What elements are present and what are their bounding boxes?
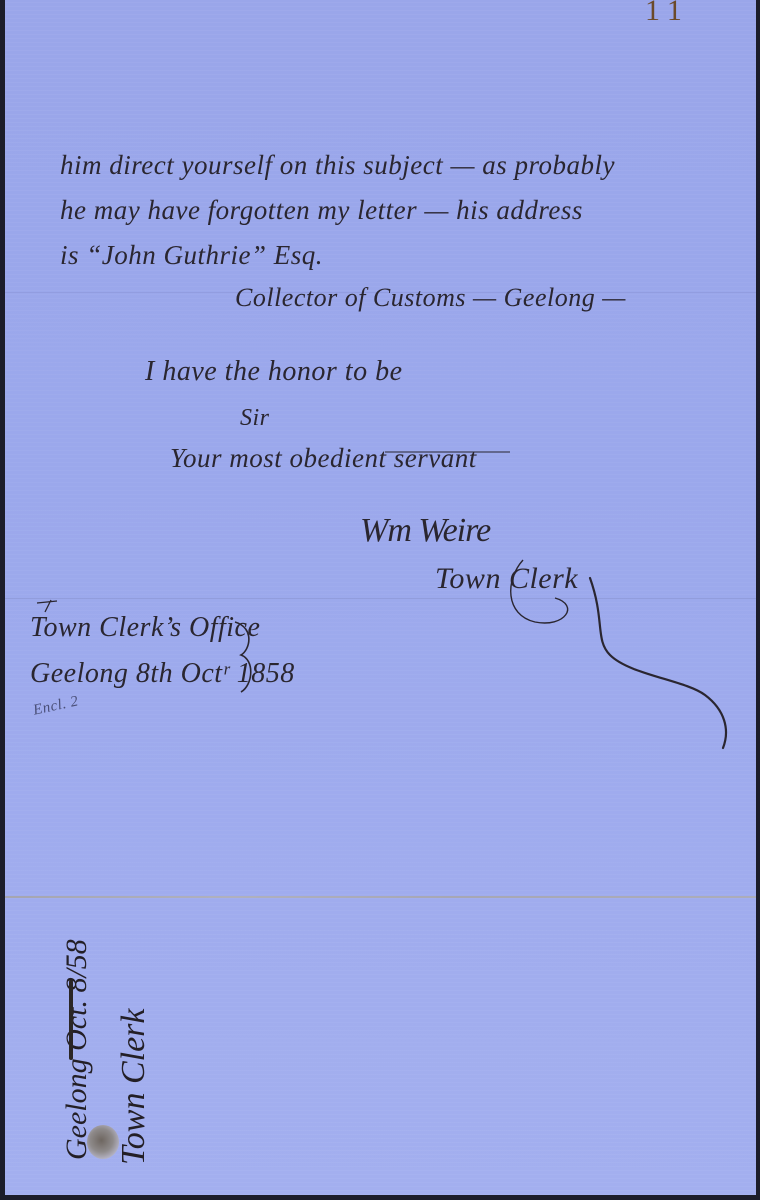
fold-crease-lower — [5, 896, 756, 898]
enclosure-annotation: Encl. 2 — [32, 693, 81, 719]
body-line-1: him direct yourself on this subject — as… — [60, 150, 615, 181]
body-line-4: Collector of Customs — Geelong — — [235, 283, 626, 313]
body-line-2: he may have forgotten my letter — his ad… — [60, 195, 583, 226]
fold-crease-middle — [5, 598, 756, 599]
folio-mark: 11 — [645, 0, 690, 28]
letter-page: 11 him direct yourself on this subject —… — [5, 0, 756, 1195]
ink-blot — [87, 1125, 119, 1159]
signature-title: Town Clerk — [435, 562, 578, 596]
closing-line-1: I have the honor to be — [145, 356, 403, 388]
closing-line-3: Your most obedient servant — [170, 443, 477, 474]
signature-name: Wm Weire — [360, 512, 490, 550]
docket-rule — [69, 980, 73, 1060]
closing-line-2: Sir — [240, 405, 270, 432]
date-line: Geelong 8th Octʳ 1858 — [30, 658, 295, 690]
docket-line-1: Geelong Oct. 8/58 — [60, 939, 94, 1160]
office-line: Town Clerk’s Office — [30, 612, 260, 644]
body-line-3: is “John Guthrie” Esq. — [60, 240, 323, 271]
docket-line-2: Town Clerk — [115, 1008, 153, 1165]
